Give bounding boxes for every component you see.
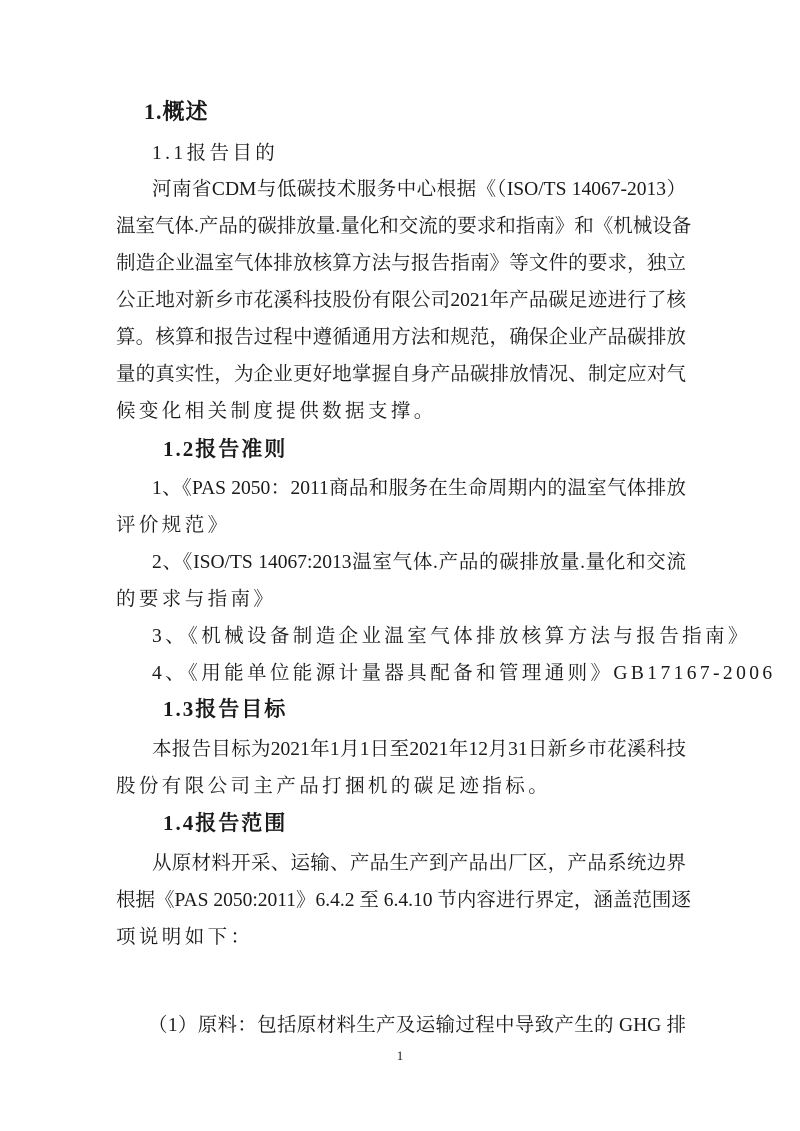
paragraph-line: 项说明如下：	[116, 926, 686, 950]
paragraph-line: 本报告目标为2021年1月1日至2021年12月31日新乡市花溪科技	[152, 738, 686, 762]
list-item-continuation: 评价规范》	[116, 514, 686, 538]
section-heading: 1.概述	[144, 100, 714, 124]
paragraph-line: （1）原料：包括原材料生产及运输过程中导致产生的 GHG 排	[148, 1014, 686, 1038]
paragraph-line: 河南省CDM与低碳技术服务中心根据《（ISO/TS 14067-2013）	[152, 178, 686, 202]
list-item: 1、《PAS 2050：2011商品和服务在生命周期内的温室气体排放	[152, 477, 686, 501]
page-number: 1	[0, 1048, 800, 1064]
paragraph-line: 温室气体.产品的碳排放量.量化和交流的要求和指南》和《机械设备	[116, 215, 686, 239]
paragraph-line: 算。核算和报告过程中遵循通用方法和规范，确保企业产品碳排放	[116, 326, 686, 350]
subsection-heading: 1.4报告范围	[163, 811, 733, 835]
subsection-heading: 1.3报告目标	[163, 697, 733, 721]
paragraph-line: 制造企业温室气体排放核算方法与报告指南》等文件的要求，独立	[116, 252, 686, 276]
paragraph-line: 候变化相关制度提供数据支撑。	[116, 400, 686, 424]
list-item-continuation: 的要求与指南》	[116, 588, 686, 612]
list-item: 3、《机械设备制造企业温室气体排放核算方法与报告指南》	[152, 625, 686, 649]
paragraph-line: 股份有限公司主产品打捆机的碳足迹指标。	[116, 775, 686, 799]
document-page: 1.概述 1.1报告目的 河南省CDM与低碳技术服务中心根据《（ISO/TS 1…	[0, 0, 800, 1131]
paragraph-line: 根据《PAS 2050:2011》6.4.2 至 6.4.10 节内容进行界定，…	[116, 889, 686, 913]
subsection-heading: 1.1报告目的	[152, 142, 722, 166]
paragraph-line: 公正地对新乡市花溪科技股份有限公司2021年产品碳足迹进行了核	[116, 289, 686, 313]
list-item: 4、《用能单位能源计量器具配备和管理通则》GB17167-2006	[152, 662, 686, 686]
subsection-heading: 1.2报告准则	[163, 437, 733, 461]
paragraph-line: 从原材料开采、运输、产品生产到产品出厂区，产品系统边界	[152, 852, 686, 876]
paragraph-line: 量的真实性，为企业更好地掌握自身产品碳排放情况、制定应对气	[116, 363, 686, 387]
list-item: 2、《ISO/TS 14067:2013温室气体.产品的碳排放量.量化和交流	[152, 551, 686, 575]
